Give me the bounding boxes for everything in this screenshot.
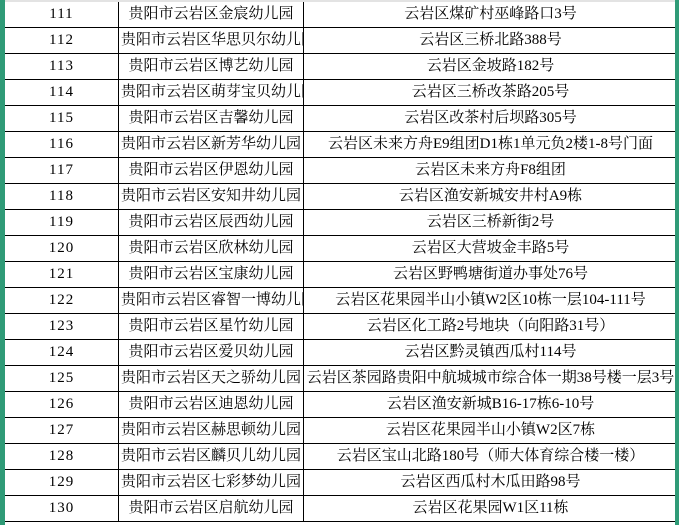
top-edge-strip: [0, 0, 679, 2]
kindergarten-address-cell[interactable]: 云岩区三桥新街2号: [304, 210, 678, 236]
kindergarten-name-cell[interactable]: 贵阳市云岩区启航幼儿园: [119, 496, 304, 522]
kindergarten-name-cell[interactable]: 贵阳市云岩区七彩梦幼儿园: [119, 470, 304, 496]
kindergarten-address-cell[interactable]: 云岩区花果园半山小镇W2区10栋一层104-111号: [304, 288, 678, 314]
table-row[interactable]: 130 贵阳市云岩区启航幼儿园 云岩区花果园W1区11栋: [5, 496, 677, 522]
table-row[interactable]: 119 贵阳市云岩区辰西幼儿园 云岩区三桥新街2号: [5, 210, 677, 236]
row-number-cell[interactable]: 115: [5, 106, 119, 132]
table-row[interactable]: 111 贵阳市云岩区金宸幼儿园 云岩区煤矿村巫峰路口3号: [5, 2, 677, 28]
row-number-cell[interactable]: 129: [5, 470, 119, 496]
kindergarten-address-cell[interactable]: 云岩区花果园半山小镇W2区7栋: [304, 418, 678, 444]
kindergarten-address-cell[interactable]: 云岩区宝山北路180号（师大体育综合楼一楼）: [304, 444, 678, 470]
row-number-cell[interactable]: 125: [5, 366, 119, 392]
table-row[interactable]: 127 贵阳市云岩区赫思顿幼儿园 云岩区花果园半山小镇W2区7栋: [5, 418, 677, 444]
kindergarten-name-cell[interactable]: 贵阳市云岩区睿智一博幼儿园: [119, 288, 304, 314]
table-row[interactable]: 124 贵阳市云岩区爱贝幼儿园 云岩区黔灵镇西瓜村114号: [5, 340, 677, 366]
kindergarten-name-cell[interactable]: 贵阳市云岩区金宸幼儿园: [119, 2, 304, 28]
table-row[interactable]: 117 贵阳市云岩区伊恩幼儿园 云岩区未来方舟F8组团: [5, 158, 677, 184]
kindergarten-name-cell[interactable]: 贵阳市云岩区赫思顿幼儿园: [119, 418, 304, 444]
kindergarten-address-cell[interactable]: 云岩区西瓜村木瓜田路98号: [304, 470, 678, 496]
row-number-cell[interactable]: 119: [5, 210, 119, 236]
table-row[interactable]: 120 贵阳市云岩区欣林幼儿园 云岩区大营坡金丰路5号: [5, 236, 677, 262]
kindergarten-address-cell[interactable]: 云岩区茶园路贵阳中航城城市综合体一期38号楼一层3号: [304, 366, 678, 392]
row-number-cell[interactable]: 123: [5, 314, 119, 340]
kindergarten-address-cell[interactable]: 云岩区未来方舟F8组团: [304, 158, 678, 184]
table-row[interactable]: 115 贵阳市云岩区吉馨幼儿园 云岩区改茶村后坝路305号: [5, 106, 677, 132]
kindergarten-name-cell[interactable]: 贵阳市云岩区萌芽宝贝幼儿园: [119, 80, 304, 106]
kindergarten-name-cell[interactable]: 贵阳市云岩区星竹幼儿园: [119, 314, 304, 340]
kindergarten-name-cell[interactable]: 贵阳市云岩区宝康幼儿园: [119, 262, 304, 288]
row-number-cell[interactable]: 128: [5, 444, 119, 470]
kindergarten-address-cell[interactable]: 云岩区野鸭塘街道办事处76号: [304, 262, 678, 288]
kindergarten-address-cell[interactable]: 云岩区未来方舟E9组团D1栋1单元负2楼1-8号门面: [304, 132, 678, 158]
table-row[interactable]: 125 贵阳市云岩区天之骄幼儿园 云岩区茶园路贵阳中航城城市综合体一期38号楼一…: [5, 366, 677, 392]
table-row[interactable]: 122 贵阳市云岩区睿智一博幼儿园 云岩区花果园半山小镇W2区10栋一层104-…: [5, 288, 677, 314]
kindergarten-address-cell[interactable]: 云岩区三桥北路388号: [304, 28, 678, 54]
kindergarten-name-cell[interactable]: 贵阳市云岩区辰西幼儿园: [119, 210, 304, 236]
kindergarten-address-cell[interactable]: 云岩区化工路2号地块（向阳路31号）: [304, 314, 678, 340]
row-number-cell[interactable]: 130: [5, 496, 119, 522]
kindergarten-address-cell[interactable]: 云岩区渔安新城B16-17栋6-10号: [304, 392, 678, 418]
kindergarten-name-cell[interactable]: 贵阳市云岩区欣林幼儿园: [119, 236, 304, 262]
right-green-stripe: [675, 0, 679, 525]
kindergarten-address-cell[interactable]: 云岩区煤矿村巫峰路口3号: [304, 2, 678, 28]
row-number-cell[interactable]: 126: [5, 392, 119, 418]
row-number-cell[interactable]: 111: [5, 2, 119, 28]
row-number-cell[interactable]: 127: [5, 418, 119, 444]
table-row[interactable]: 129 贵阳市云岩区七彩梦幼儿园 云岩区西瓜村木瓜田路98号: [5, 470, 677, 496]
kindergarten-address-cell[interactable]: 云岩区三桥改茶路205号: [304, 80, 678, 106]
kindergarten-address-cell[interactable]: 云岩区黔灵镇西瓜村114号: [304, 340, 678, 366]
kindergarten-name-cell[interactable]: 贵阳市云岩区安知井幼儿园: [119, 184, 304, 210]
row-number-cell[interactable]: 120: [5, 236, 119, 262]
left-green-stripe: [0, 0, 5, 525]
kindergarten-name-cell[interactable]: 贵阳市云岩区吉馨幼儿园: [119, 106, 304, 132]
kindergarten-address-cell[interactable]: 云岩区花果园W1区11栋: [304, 496, 678, 522]
table-row[interactable]: 118 贵阳市云岩区安知井幼儿园 云岩区渔安新城安井村A9栋: [5, 184, 677, 210]
table-row[interactable]: 112 贵阳市云岩区华思贝尔幼儿园 云岩区三桥北路388号: [5, 28, 677, 54]
table-row[interactable]: 128 贵阳市云岩区麟贝儿幼儿园 云岩区宝山北路180号（师大体育综合楼一楼）: [5, 444, 677, 470]
table-row[interactable]: 126 贵阳市云岩区迪恩幼儿园 云岩区渔安新城B16-17栋6-10号: [5, 392, 677, 418]
document-table-view: 111 贵阳市云岩区金宸幼儿园 云岩区煤矿村巫峰路口3号 112 贵阳市云岩区华…: [0, 0, 679, 525]
row-number-cell[interactable]: 122: [5, 288, 119, 314]
row-number-cell[interactable]: 117: [5, 158, 119, 184]
row-number-cell[interactable]: 116: [5, 132, 119, 158]
row-number-cell[interactable]: 118: [5, 184, 119, 210]
kindergarten-address-cell[interactable]: 云岩区金坡路182号: [304, 54, 678, 80]
row-number-cell[interactable]: 124: [5, 340, 119, 366]
kindergarten-name-cell[interactable]: 贵阳市云岩区爱贝幼儿园: [119, 340, 304, 366]
kindergarten-table-body: 111 贵阳市云岩区金宸幼儿园 云岩区煤矿村巫峰路口3号 112 贵阳市云岩区华…: [5, 2, 677, 522]
table-row[interactable]: 123 贵阳市云岩区星竹幼儿园 云岩区化工路2号地块（向阳路31号）: [5, 314, 677, 340]
table-row[interactable]: 121 贵阳市云岩区宝康幼儿园 云岩区野鸭塘街道办事处76号: [5, 262, 677, 288]
kindergarten-address-cell[interactable]: 云岩区渔安新城安井村A9栋: [304, 184, 678, 210]
row-number-cell[interactable]: 114: [5, 80, 119, 106]
kindergarten-name-cell[interactable]: 贵阳市云岩区天之骄幼儿园: [119, 366, 304, 392]
kindergarten-name-cell[interactable]: 贵阳市云岩区迪恩幼儿园: [119, 392, 304, 418]
kindergarten-table: 111 贵阳市云岩区金宸幼儿园 云岩区煤矿村巫峰路口3号 112 贵阳市云岩区华…: [5, 2, 677, 522]
row-number-cell[interactable]: 112: [5, 28, 119, 54]
kindergarten-name-cell[interactable]: 贵阳市云岩区伊恩幼儿园: [119, 158, 304, 184]
kindergarten-name-cell[interactable]: 贵阳市云岩区华思贝尔幼儿园: [119, 28, 304, 54]
table-row[interactable]: 116 贵阳市云岩区新芳华幼儿园 云岩区未来方舟E9组团D1栋1单元负2楼1-8…: [5, 132, 677, 158]
row-number-cell[interactable]: 113: [5, 54, 119, 80]
kindergarten-name-cell[interactable]: 贵阳市云岩区博艺幼儿园: [119, 54, 304, 80]
kindergarten-name-cell[interactable]: 贵阳市云岩区麟贝儿幼儿园: [119, 444, 304, 470]
kindergarten-address-cell[interactable]: 云岩区大营坡金丰路5号: [304, 236, 678, 262]
table-row[interactable]: 113 贵阳市云岩区博艺幼儿园 云岩区金坡路182号: [5, 54, 677, 80]
kindergarten-name-cell[interactable]: 贵阳市云岩区新芳华幼儿园: [119, 132, 304, 158]
row-number-cell[interactable]: 121: [5, 262, 119, 288]
kindergarten-address-cell[interactable]: 云岩区改茶村后坝路305号: [304, 106, 678, 132]
table-row[interactable]: 114 贵阳市云岩区萌芽宝贝幼儿园 云岩区三桥改茶路205号: [5, 80, 677, 106]
